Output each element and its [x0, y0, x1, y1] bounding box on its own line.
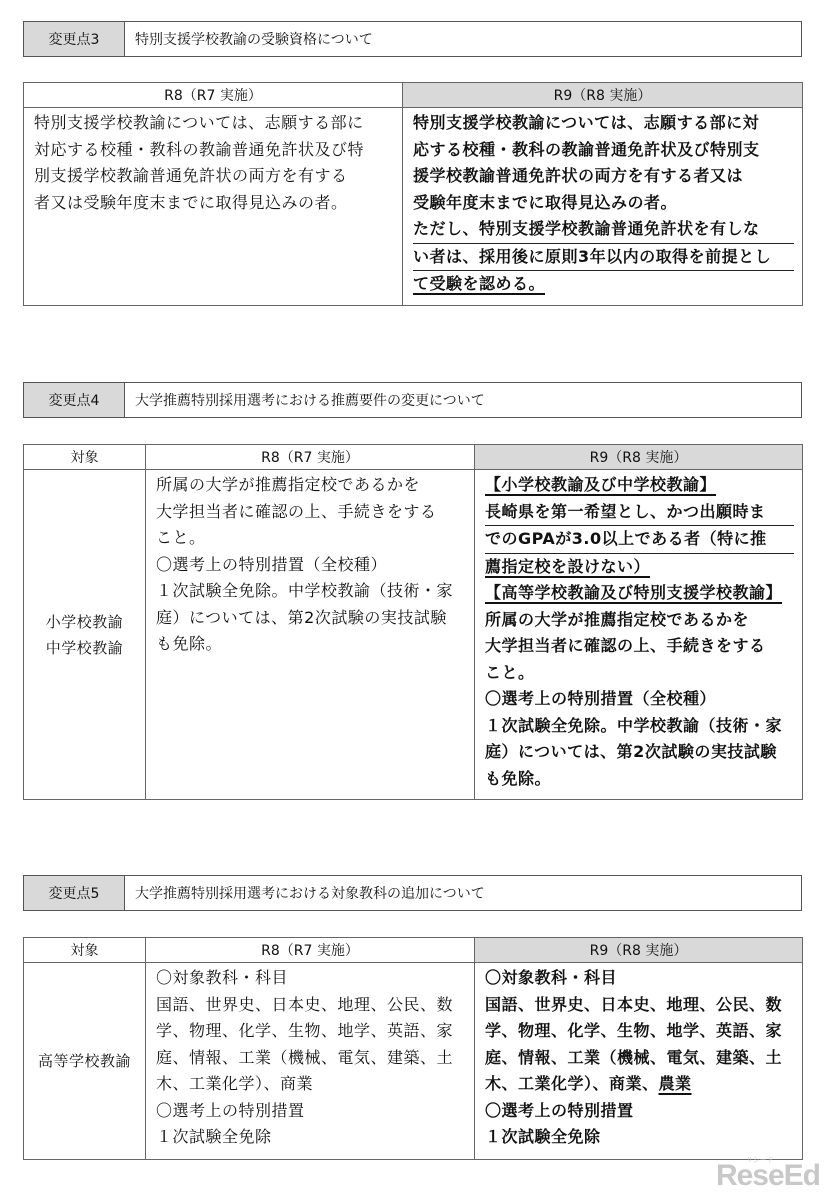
section4-target-cell: 小学校教諭 中学校教諭 — [24, 470, 146, 800]
column-header-r9: R9（R8 実施） — [475, 938, 803, 963]
text-line: 所属の大学が推薦指定校であるかを — [485, 607, 794, 634]
section5-label: 変更点5 — [24, 876, 125, 910]
text-line: 別支援学校教諭普通免許状の両方を有する — [34, 163, 394, 190]
text-line: 大学担当者に確認の上、手続きをする — [156, 499, 466, 526]
section5-table: 対象 R8（R7 実施） R9（R8 実施） 高等学校教諭 〇対象教科・科目 国… — [23, 937, 803, 1160]
text-line: 〇選考上の特別措置（全校種） — [156, 552, 466, 579]
text-line: １次試験全免除 — [485, 1124, 794, 1151]
section5-title: 大学推薦特別採用選考における対象教科の追加について — [125, 876, 801, 910]
underlined-change-line: 長崎県を第一希望とし、かつ出願時ま — [485, 499, 794, 527]
target-label: 中学校教諭 — [28, 635, 141, 661]
text-line: も免除。 — [485, 766, 794, 793]
section4-new-cell: 【小学校教諭及び中学校教諭】 長崎県を第一希望とし、かつ出願時ま でのGPAが3… — [475, 470, 803, 800]
watermark-ruby: リシード — [746, 1155, 774, 1165]
section5-header: 変更点5 大学推薦特別採用選考における対象教科の追加について — [23, 875, 802, 911]
text-line: 庭、情報、工業（機械、電気、建築、土 — [156, 1045, 466, 1072]
text-line: 国語、世界史、日本史、地理、公民、数 — [156, 992, 466, 1019]
text-line: 所属の大学が推薦指定校であるかを — [156, 472, 466, 499]
section4-old-cell: 所属の大学が推薦指定校であるかを 大学担当者に確認の上、手続きをする こと。 〇… — [146, 470, 475, 800]
column-header-r9: R9（R8 実施） — [475, 445, 803, 470]
section3-new-cell: 特別支援学校教諭については、志願する部に対 応する校種・教科の教諭普通免許状及び… — [403, 108, 803, 306]
text-line: 国語、世界史、日本史、地理、公民、数 — [485, 992, 794, 1019]
text-line: 応する校種・教科の教諭普通免許状及び特別支 — [413, 137, 794, 164]
text-line: 庭、情報、工業（機械、電気、建築、土 — [485, 1045, 794, 1072]
section4-table: 対象 R8（R7 実施） R9（R8 実施） 小学校教諭 中学校教諭 所属の大学… — [23, 444, 803, 800]
resed-watermark-logo: リシード ReseEd — [716, 1159, 820, 1193]
text-line: １次試験全免除。中学校教諭（技術・家 — [485, 713, 794, 740]
section3-label: 変更点3 — [24, 22, 125, 56]
section3-title: 特別支援学校教諭の受験資格について — [125, 22, 801, 56]
section3-table: R8（R7 実施） R9（R8 実施） 特別支援学校教諭については、志願する部に… — [23, 82, 803, 306]
text-line: 学、物理、化学、生物、地学、英語、家 — [156, 1018, 466, 1045]
text-line: １次試験全免除 — [156, 1124, 466, 1151]
section5-target-cell: 高等学校教諭 — [24, 963, 146, 1160]
text-line: 特別支援学校教諭については、志願する部に — [34, 110, 394, 137]
text-line: 援学校教諭普通免許状の両方を有する者又は — [413, 163, 794, 190]
text-line: 庭）については、第2次試験の実技試験 — [485, 739, 794, 766]
text-line: こと。 — [485, 660, 794, 687]
section3-old-cell: 特別支援学校教諭については、志願する部に 対応する校種・教科の教諭普通免許状及び… — [24, 108, 403, 306]
column-header-target: 対象 — [24, 445, 146, 470]
column-header-r8: R8（R7 実施） — [146, 445, 475, 470]
section3-header: 変更点3 特別支援学校教諭の受験資格について — [23, 21, 802, 57]
underlined-change-line: ただし、特別支援学校教諭普通免許状を有しな — [413, 216, 794, 244]
text-line: 〇選考上の特別措置 — [485, 1098, 794, 1125]
section5-new-cell: 〇対象教科・科目 国語、世界史、日本史、地理、公民、数 学、物理、化学、生物、地… — [475, 963, 803, 1160]
underlined-change-line: 【高等学校教諭及び特別支援学校教諭】 — [485, 583, 782, 602]
added-subject-underlined: 農業 — [659, 1074, 692, 1093]
text-line: 受験年度末までに取得見込みの者。 — [413, 190, 794, 217]
underlined-change-line: でのGPAが3.0以上である者（特に推 — [485, 526, 794, 554]
text-line: 木、工業化学）、商業 — [156, 1071, 466, 1098]
section5-old-cell: 〇対象教科・科目 国語、世界史、日本史、地理、公民、数 学、物理、化学、生物、地… — [146, 963, 475, 1160]
text-fragment: 木、工業化学）、商業、 — [485, 1074, 659, 1093]
column-header-r9: R9（R8 実施） — [403, 83, 803, 108]
underlined-change-line: て受験を認める。 — [413, 274, 545, 293]
text-line: 学、物理、化学、生物、地学、英語、家 — [485, 1018, 794, 1045]
text-line: 〇対象教科・科目 — [485, 965, 794, 992]
text-line: １次試験全免除。中学校教諭（技術・家 — [156, 578, 466, 605]
text-line: 大学担当者に確認の上、手続きをする — [485, 633, 794, 660]
target-label: 小学校教諭 — [28, 609, 141, 635]
text-line: 木、工業化学）、商業、農業 — [485, 1071, 794, 1098]
text-line: 者又は受験年度末までに取得見込みの者。 — [34, 190, 394, 217]
section4-title: 大学推薦特別採用選考における推薦要件の変更について — [125, 383, 801, 417]
underlined-change-line: い者は、採用後に原則3年以内の取得を前提とし — [413, 244, 794, 272]
column-header-target: 対象 — [24, 938, 146, 963]
text-line: 〇選考上の特別措置 — [156, 1098, 466, 1125]
text-line: こと。 — [156, 525, 466, 552]
text-line: 〇対象教科・科目 — [156, 965, 466, 992]
text-line: 庭）については、第2次試験の実技試験 — [156, 605, 466, 632]
text-line: 〇選考上の特別措置（全校種） — [485, 686, 794, 713]
text-line: 対応する校種・教科の教諭普通免許状及び特 — [34, 137, 394, 164]
underlined-change-line: 【小学校教諭及び中学校教諭】 — [485, 475, 716, 494]
column-header-r8: R8（R7 実施） — [146, 938, 475, 963]
column-header-r8: R8（R7 実施） — [24, 83, 403, 108]
text-line: も免除。 — [156, 631, 466, 658]
text-line: 特別支援学校教諭については、志願する部に対 — [413, 110, 794, 137]
underlined-change-line: 薦指定校を設けない） — [485, 557, 650, 576]
section4-header: 変更点4 大学推薦特別採用選考における推薦要件の変更について — [23, 382, 802, 418]
section4-label: 変更点4 — [24, 383, 125, 417]
